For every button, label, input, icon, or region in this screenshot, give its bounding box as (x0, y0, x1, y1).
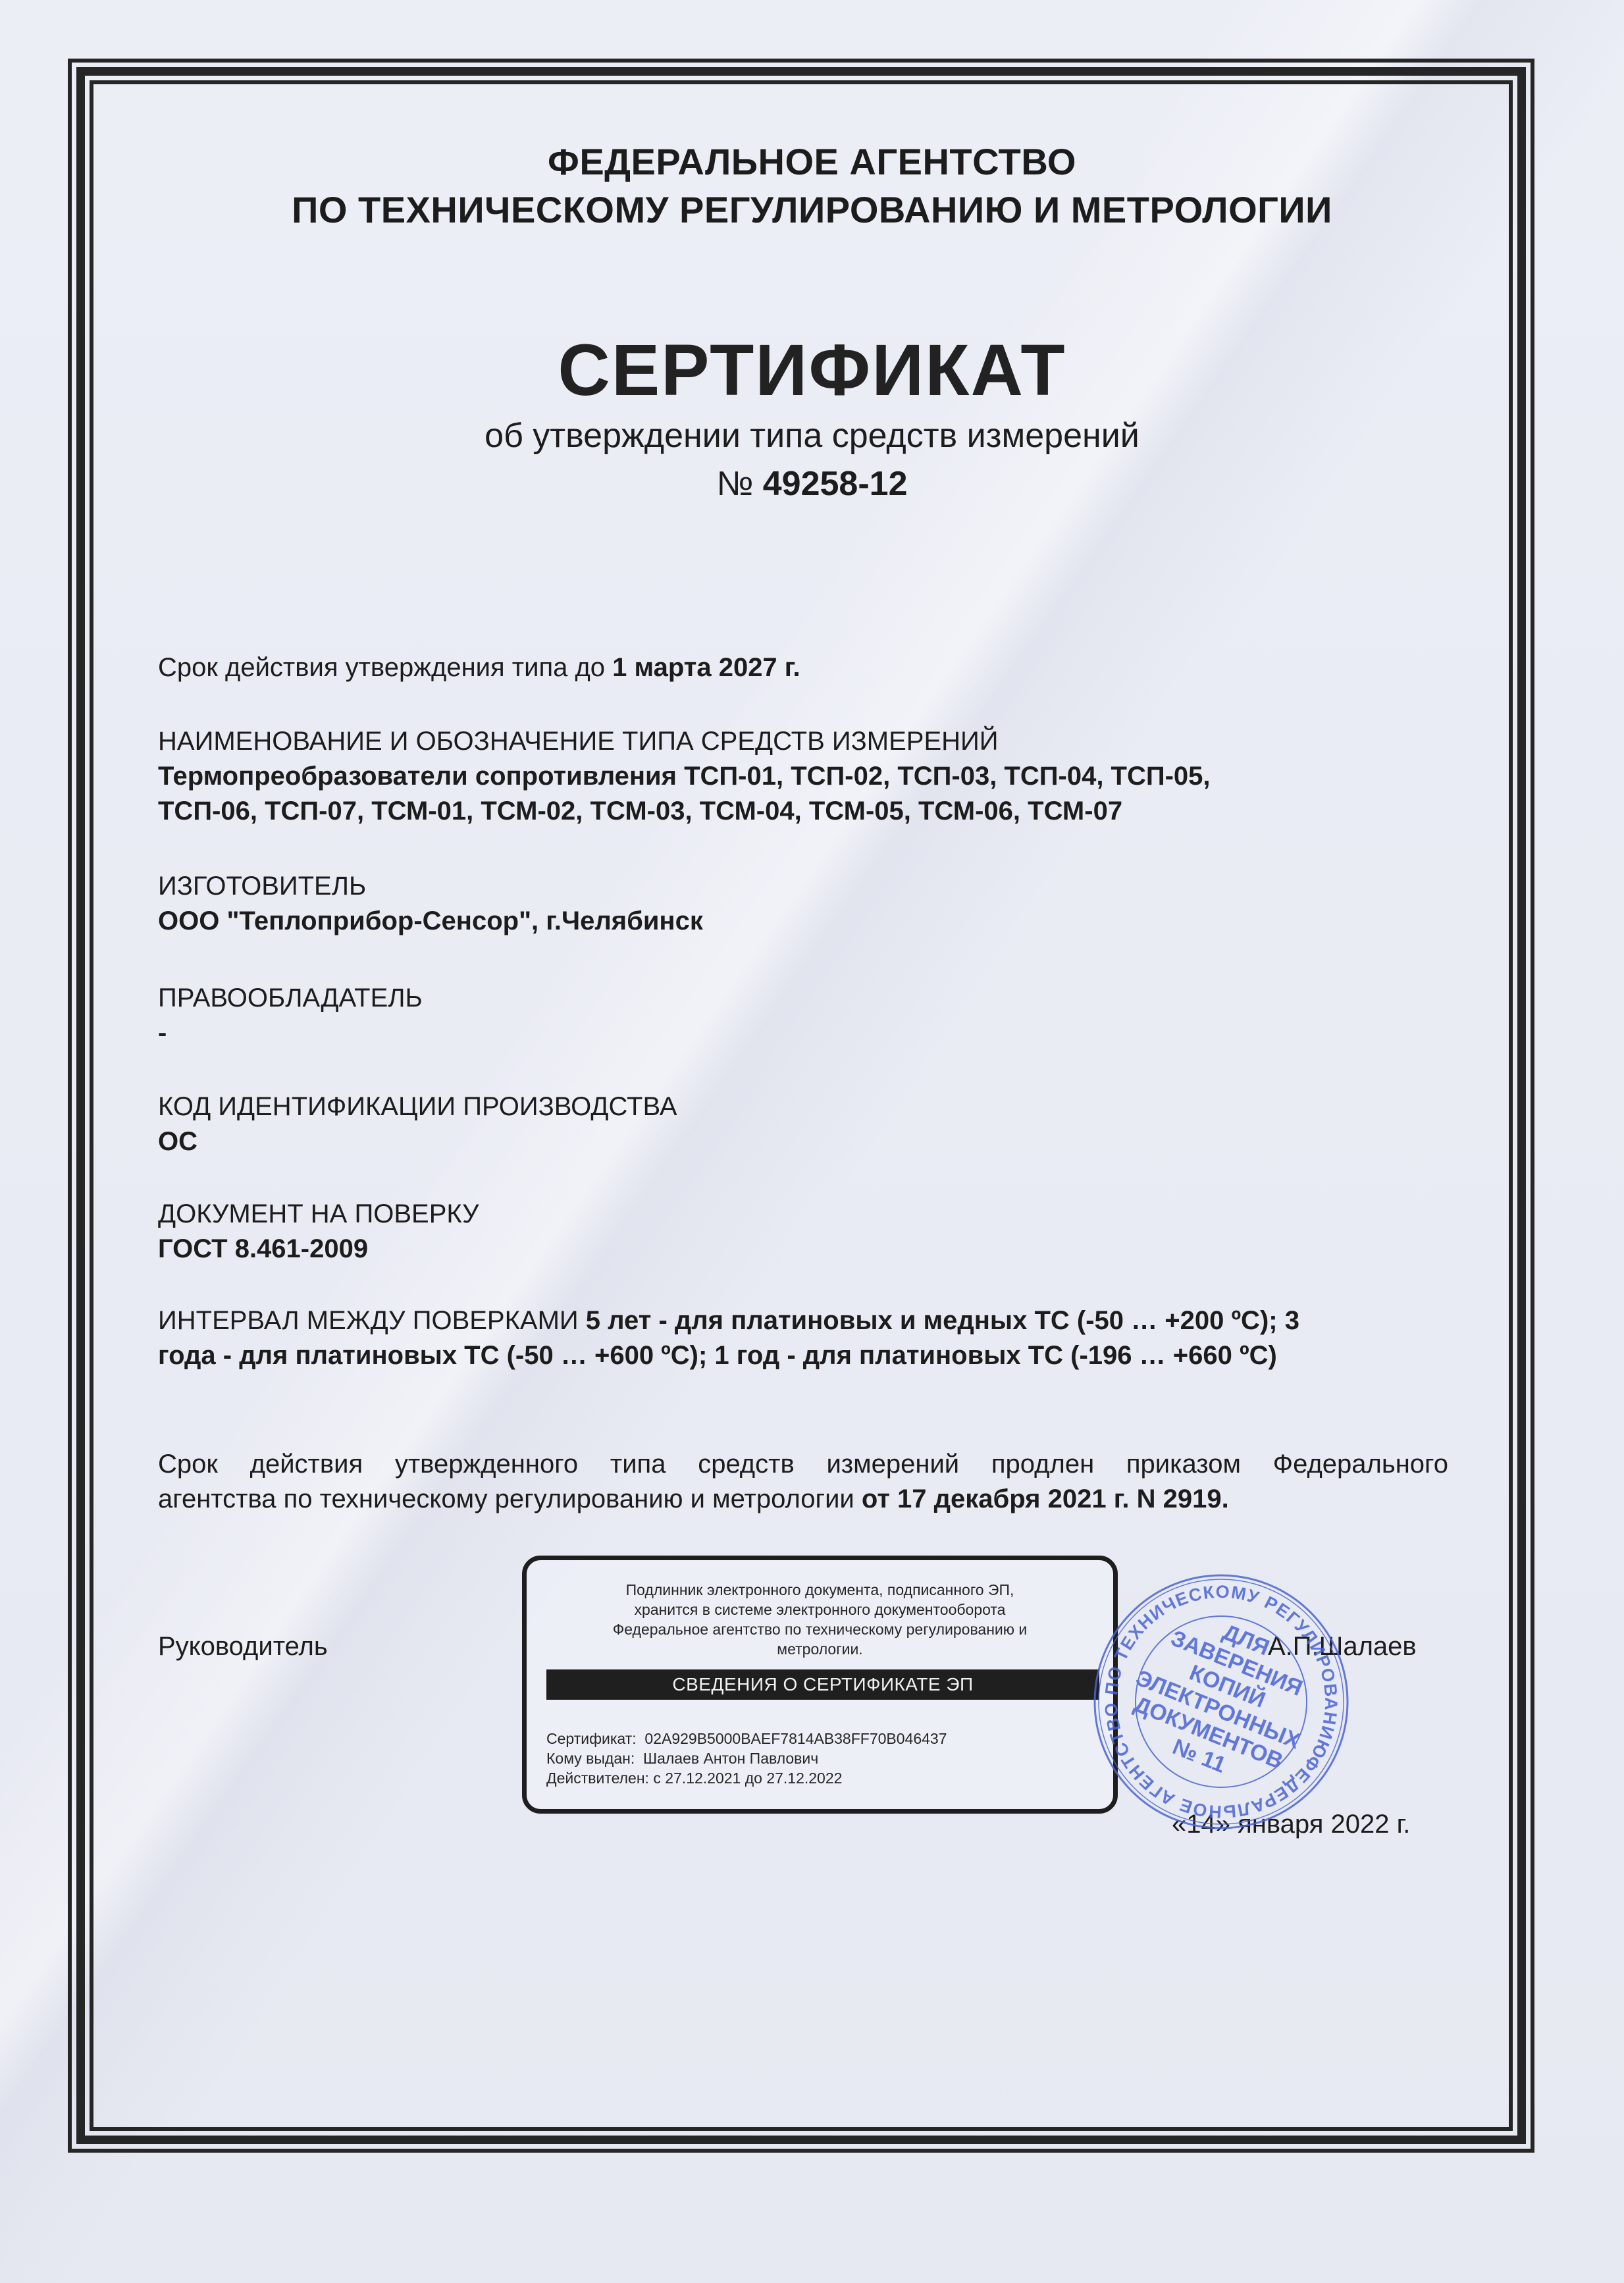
rights-holder-value: - (158, 1016, 1448, 1051)
issued-label: Кому выдан: (546, 1750, 635, 1767)
section-production-code: КОД ИДЕНТИФИКАЦИИ ПРОИЗВОДСТВА ОС (158, 1089, 1448, 1159)
manufacturer-value: ООО "Теплоприбор-Сенсор", г.Челябинск (158, 904, 1448, 939)
validity-value: 1 марта 2027 г. (612, 653, 800, 682)
verification-doc-label: ДОКУМЕНТ НА ПОВЕРКУ (158, 1197, 1448, 1232)
type-name-label: НАИМЕНОВАНИЕ И ОБОЗНАЧЕНИЕ ТИПА СРЕДСТВ … (158, 724, 1448, 759)
e-signature-bar-title: СВЕДЕНИЯ О СЕРТИФИКАТЕ ЭП (546, 1669, 1099, 1700)
verification-doc-value: ГОСТ 8.461-2009 (158, 1232, 1448, 1267)
interval-label: ИНТЕРВАЛ МЕЖДУ ПОВЕРКАМИ (158, 1306, 579, 1335)
manufacturer-label: ИЗГОТОВИТЕЛЬ (158, 869, 1448, 904)
certificate-number: № 49258-12 (0, 463, 1624, 505)
agency-name-line1: ФЕДЕРАЛЬНОЕ АГЕНТСТВО (0, 138, 1624, 186)
extension-line2-bold: от 17 декабря 2021 г. N 2919. (862, 1484, 1229, 1513)
interval-line1: ИНТЕРВАЛ МЕЖДУ ПОВЕРКАМИ 5 лет - для пла… (158, 1303, 1448, 1338)
validity-line: Срок действия утверждения типа до 1 март… (158, 650, 1448, 685)
issued-row: Кому выдан: Шалаев Антон Павлович (546, 1748, 947, 1768)
notice-line1: Подлинник электронного документа, подпис… (527, 1580, 1113, 1600)
e-signature-notice: Подлинник электронного документа, подпис… (527, 1580, 1113, 1659)
document-title: СЕРТИФИКАТ (0, 328, 1624, 413)
e-signature-details: Сертификат: 02A929B5000BAEF7814AB38FF70B… (546, 1729, 947, 1788)
cert-label: Сертификат: (546, 1730, 637, 1747)
section-manufacturer: ИЗГОТОВИТЕЛЬ ООО "Теплоприбор-Сенсор", г… (158, 869, 1448, 939)
type-name-value-line1: Термопреобразователи сопротивления ТСП-0… (158, 759, 1448, 794)
valid-row: Действителен: с 27.12.2021 до 27.12.2022 (546, 1768, 947, 1788)
notice-line4: метрологии. (527, 1639, 1113, 1659)
number-value: 49258-12 (763, 465, 908, 503)
section-interval: ИНТЕРВАЛ МЕЖДУ ПОВЕРКАМИ 5 лет - для пла… (158, 1303, 1448, 1373)
production-code-value: ОС (158, 1124, 1448, 1159)
cert-row: Сертификат: 02A929B5000BAEF7814AB38FF70B… (546, 1729, 947, 1748)
valid-value: с 27.12.2021 до 27.12.2022 (653, 1770, 842, 1787)
rights-holder-label: ПРАВООБЛАДАТЕЛЬ (158, 981, 1448, 1016)
official-stamp-icon: ФЕДЕРАЛЬНОЕ АГЕНТСТВО ПО ТЕХНИЧЕСКОМУ РЕ… (1089, 1570, 1353, 1833)
document-subtitle: об утверждении типа средств измерений (0, 415, 1624, 457)
e-signature-box: Подлинник электронного документа, подпис… (522, 1556, 1118, 1814)
section-verification-doc: ДОКУМЕНТ НА ПОВЕРКУ ГОСТ 8.461-2009 (158, 1197, 1448, 1267)
valid-label: Действителен: (546, 1770, 649, 1787)
cert-value: 02A929B5000BAEF7814AB38FF70B046437 (644, 1730, 947, 1747)
agency-name-line2: ПО ТЕХНИЧЕСКОМУ РЕГУЛИРОВАНИЮ И МЕТРОЛОГ… (0, 186, 1624, 234)
section-type-name: НАИМЕНОВАНИЕ И ОБОЗНАЧЕНИЕ ТИПА СРЕДСТВ … (158, 724, 1448, 829)
notice-line2: хранится в системе электронного документ… (527, 1600, 1113, 1619)
signatory-role: Руководитель (158, 1629, 328, 1664)
notice-line3: Федеральное агентство по техническому ре… (527, 1619, 1113, 1639)
section-rights-holder: ПРАВООБЛАДАТЕЛЬ - (158, 981, 1448, 1051)
type-name-value-line2: ТСП-06, ТСП-07, ТСМ-01, ТСМ-02, ТСМ-03, … (158, 794, 1448, 829)
interval-value-line2: года - для платиновых ТС (-50 … +600 ºС)… (158, 1338, 1448, 1373)
production-code-label: КОД ИДЕНТИФИКАЦИИ ПРОИЗВОДСТВА (158, 1089, 1448, 1124)
interval-value-line1: 5 лет - для платиновых и медных ТС (-50 … (586, 1306, 1299, 1335)
extension-paragraph: Срок действия утвержденного типа средств… (158, 1447, 1448, 1517)
extension-line2-plain: агентства по техническому регулированию … (158, 1484, 854, 1513)
extension-line1: Срок действия утвержденного типа средств… (158, 1447, 1448, 1482)
validity-label: Срок действия утверждения типа до (158, 653, 605, 682)
issued-value: Шалаев Антон Павлович (643, 1750, 818, 1767)
extension-line2: агентства по техническому регулированию … (158, 1482, 1448, 1517)
number-prefix: № (716, 465, 753, 503)
